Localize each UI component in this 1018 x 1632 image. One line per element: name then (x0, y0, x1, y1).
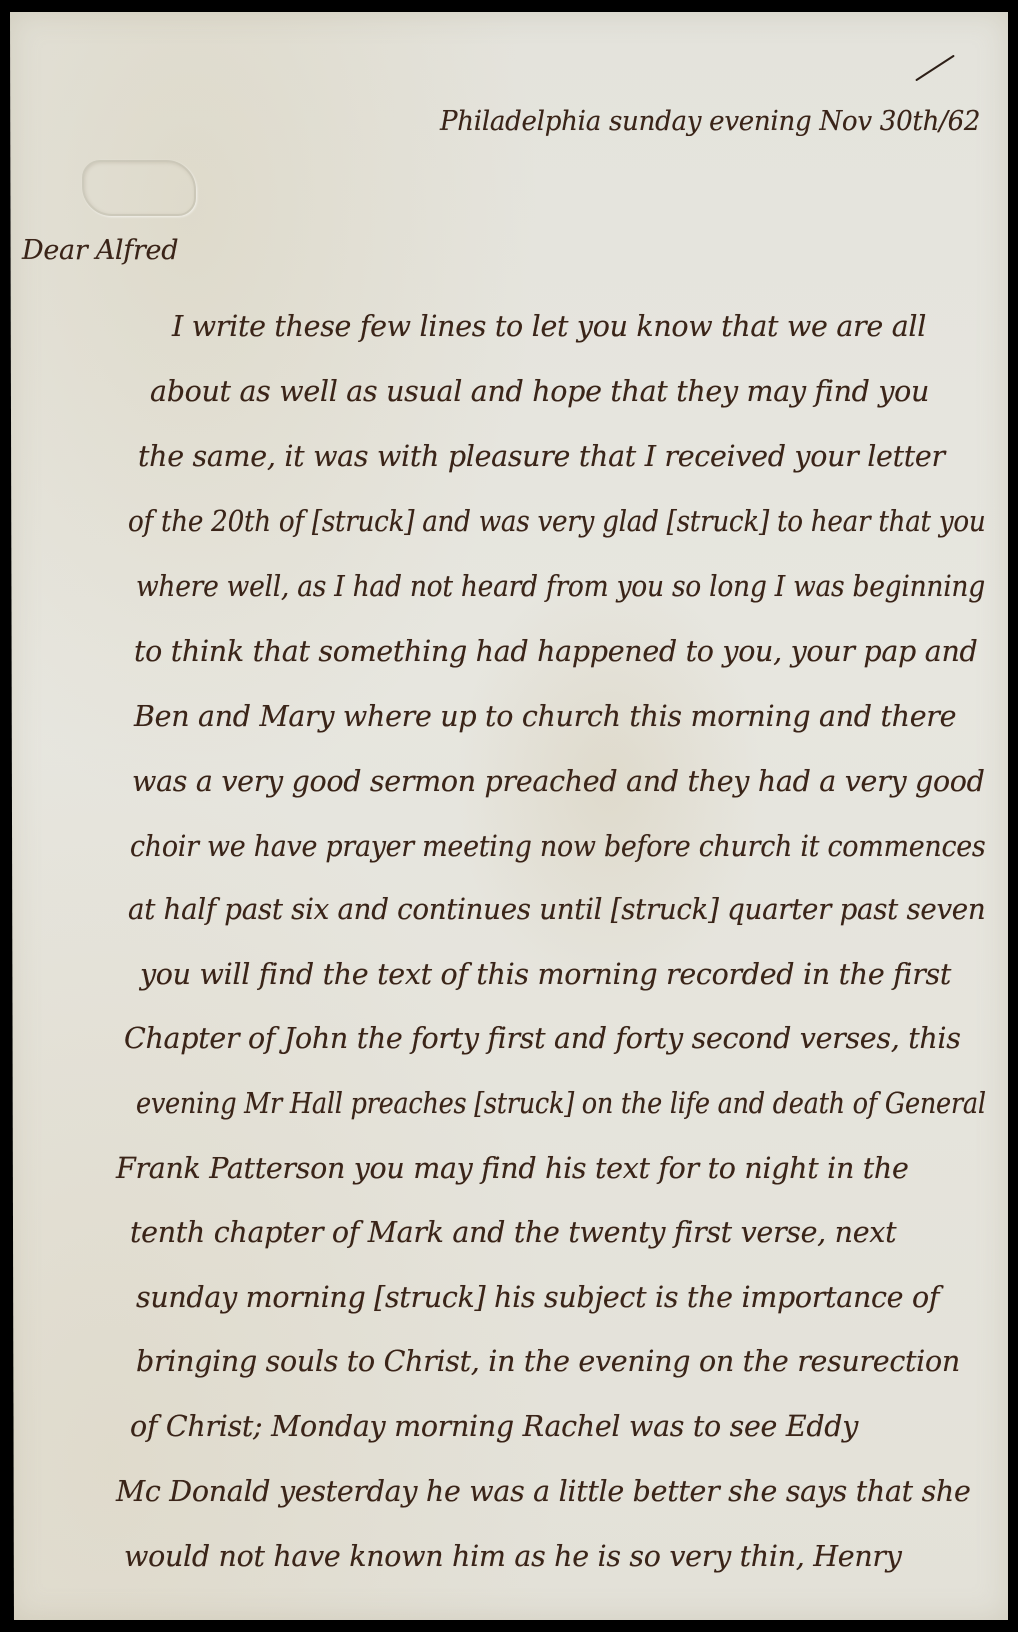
letter-line: Frank Patterson you may find his text fo… (116, 1152, 909, 1185)
letter-line: tenth chapter of Mark and the twenty fir… (130, 1216, 896, 1249)
letter-line: of Christ; Monday morning Rachel was to … (130, 1410, 858, 1443)
letter-heading-place-date: Philadelphia sunday evening Nov 30th/62 (440, 106, 980, 137)
letter-line: sunday morning [struck] his subject is t… (136, 1281, 939, 1314)
letter-line: of the 20th of [struck] and was very gla… (128, 505, 986, 538)
letter-line: I write these few lines to let you know … (172, 310, 926, 343)
stray-pen-stroke (915, 55, 955, 82)
letter-line: the same, it was with pleasure that I re… (138, 440, 945, 473)
letter-line: evening Mr Hall preaches [struck] on the… (136, 1087, 986, 1120)
letter-line: to think that something had happened to … (134, 635, 977, 668)
letter-line: where well, as I had not heard from you … (136, 570, 985, 603)
letter-line: choir we have prayer meeting now before … (130, 830, 985, 863)
letter-line: was a very good sermon preached and they… (132, 765, 985, 798)
letter-line: bringing souls to Christ, in the evening… (136, 1345, 960, 1378)
letter-line: would not have known him as he is so ver… (124, 1540, 902, 1573)
letter-salutation: Dear Alfred (22, 235, 178, 266)
embossed-stationer-stamp (82, 160, 196, 216)
letter-line: you will find the text of this morning r… (140, 958, 951, 991)
letter-line: at half past six and continues until [st… (128, 893, 985, 926)
letter-line: Chapter of John the forty first and fort… (124, 1022, 961, 1055)
letter-line: Mc Donald yesterday he was a little bett… (116, 1475, 971, 1508)
letter-line: Ben and Mary where up to church this mor… (134, 700, 956, 733)
letter-line: about as well as usual and hope that the… (150, 375, 929, 408)
